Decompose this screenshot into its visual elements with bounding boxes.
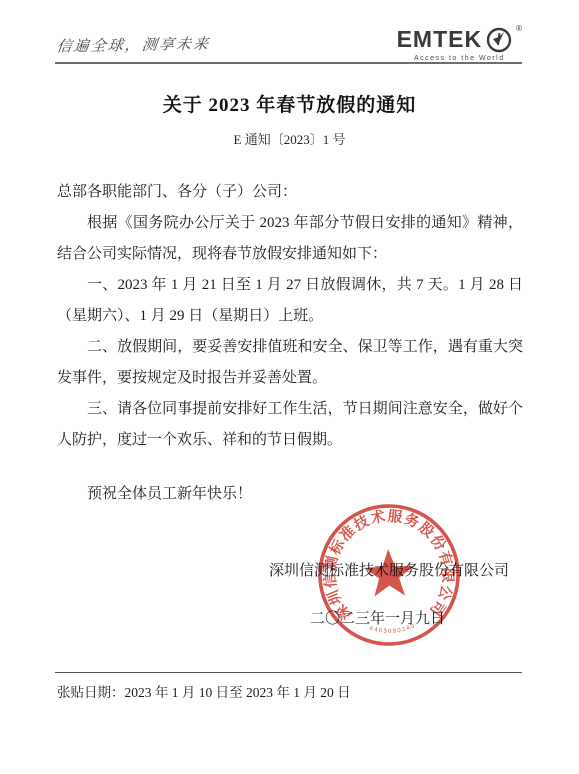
notice-title: 关于 2023 年春节放假的通知 — [0, 90, 579, 117]
salutation: 总部各职能部门、各分（子）公司： — [57, 177, 523, 208]
paragraph-item-2: 二、放假期间，要妥善安排值班和安全、保卫等工作，遇有重大突发事件，要按规定及时报… — [57, 332, 523, 394]
posting-period: 张贴日期：2023 年 1 月 10 日至 2023 年 1 月 20 日 — [57, 681, 351, 701]
registered-trademark-symbol: ® — [516, 24, 522, 33]
svg-text:4403090140: 4403090140 — [368, 623, 417, 636]
seal-code-digits: 4403090140 — [368, 623, 417, 636]
company-logo: EMTEK ® Access to the World — [397, 26, 522, 62]
logo-tagline: Access to the World — [414, 55, 505, 62]
seal-star-icon — [363, 548, 414, 597]
notice-body: 总部各职能部门、各分（子）公司： 根据《国务院办公厅关于 2023 年部分节假日… — [57, 177, 523, 510]
paragraph-item-1: 一、2023 年 1 月 21 日至 1 月 27 日放假调休，共 7 天。1 … — [57, 270, 523, 332]
logo-globe-check-icon — [486, 27, 512, 53]
notice-number: E 通知〔2023〕1 号 — [0, 129, 579, 148]
footer-divider — [55, 672, 522, 673]
official-red-seal: 深圳信测标准技术服务股份有限公司 4403090140 — [313, 499, 464, 650]
paragraph-item-3: 三、请各位同事提前安排好工作生活，节日期间注意安全，做好个人防护，度过一个欢乐、… — [57, 394, 523, 456]
header-divider — [55, 62, 522, 64]
company-slogan: 信遍全球，测享未来 — [56, 33, 212, 57]
paragraph-intro: 根据《国务院办公厅关于 2023 年部分节假日安排的通知》精神，结合公司实际情况… — [57, 208, 523, 270]
logo-wordmark: EMTEK — [397, 26, 483, 53]
